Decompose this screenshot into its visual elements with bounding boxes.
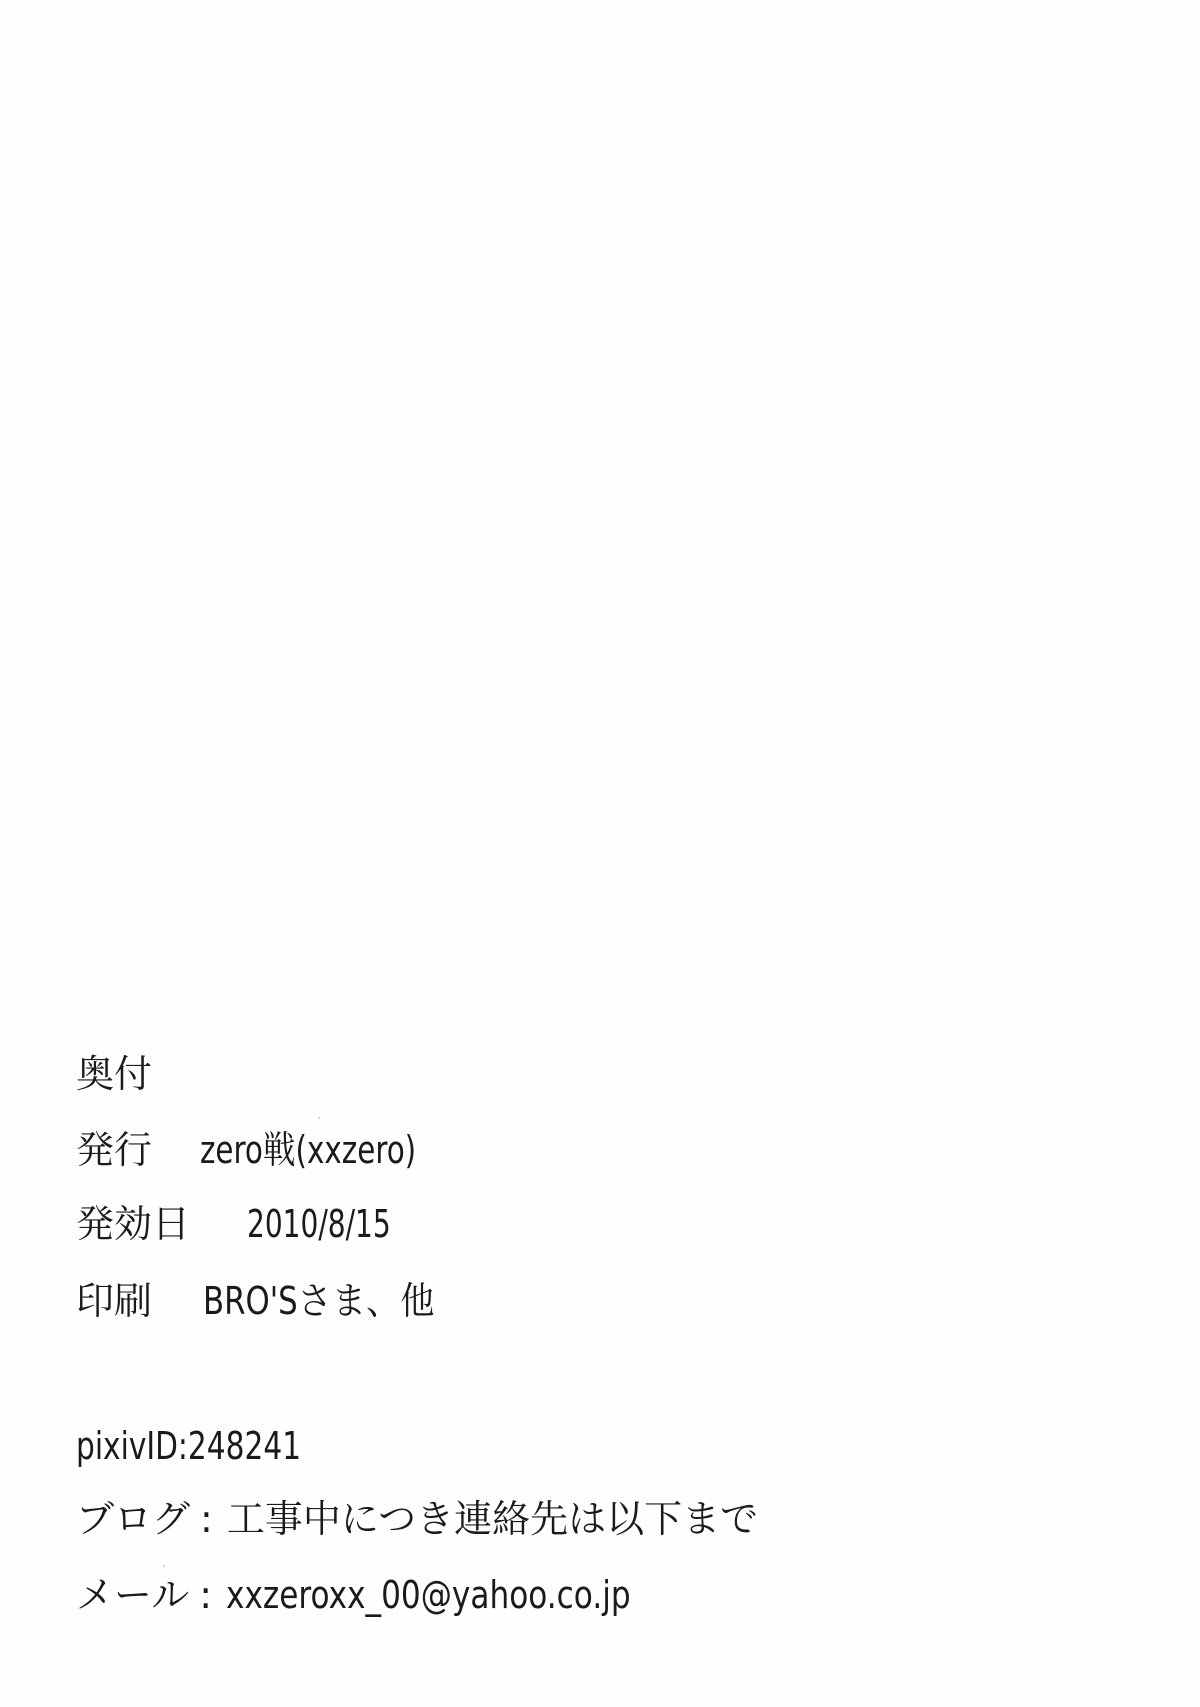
blog-value: 工事中につき連絡先は以下まで [227,1497,758,1541]
pixiv-row: pixivID:248241 [76,1424,365,1468]
scan-speck [318,1117,320,1119]
scan-speck [163,1565,165,1567]
issue-date-label: 発効日 [76,1202,190,1246]
issue-date-value: 2010/8/15 [247,1202,422,1246]
issue-date-value-text: 2010/8/15 [247,1202,391,1246]
issue-date-row: 発効日 2010/8/15 [76,1202,190,1246]
printing-label: 印刷 [76,1279,152,1323]
publisher-label: 発行 [76,1128,152,1172]
mail-separator: : [199,1573,212,1617]
pixiv-id-text: pixivID:248241 [76,1424,301,1468]
colophon-title-text: 奥付 [76,1052,152,1096]
printing-value: BRO'Sさま、他 [203,1279,460,1323]
colophon-title: 奥付 [76,1052,152,1096]
printing-value-text: BRO'Sさま、他 [203,1279,434,1323]
blog-row: ブログ:工事中につき連絡先は以下まで [76,1497,758,1541]
publisher-value-text: zero戦(xxzero) [200,1128,416,1172]
printing-row: 印刷 BRO'Sさま、他 [76,1279,152,1323]
publisher-value: zero戦(xxzero) [200,1128,451,1172]
mail-row: メール:xxzeroxx_00@yahoo.co.jp [76,1573,720,1617]
mail-label: メール [76,1573,189,1617]
publisher-row: 発行 zero戦(xxzero) [76,1128,152,1172]
blog-label: ブログ [76,1497,190,1541]
mail-address: xxzeroxx_00@yahoo.co.jp [226,1573,631,1617]
blog-separator: : [200,1497,213,1541]
colophon-page: 奥付 発行 zero戦(xxzero) 発効日 2010/8/15 印刷 BRO… [0,0,1200,1707]
